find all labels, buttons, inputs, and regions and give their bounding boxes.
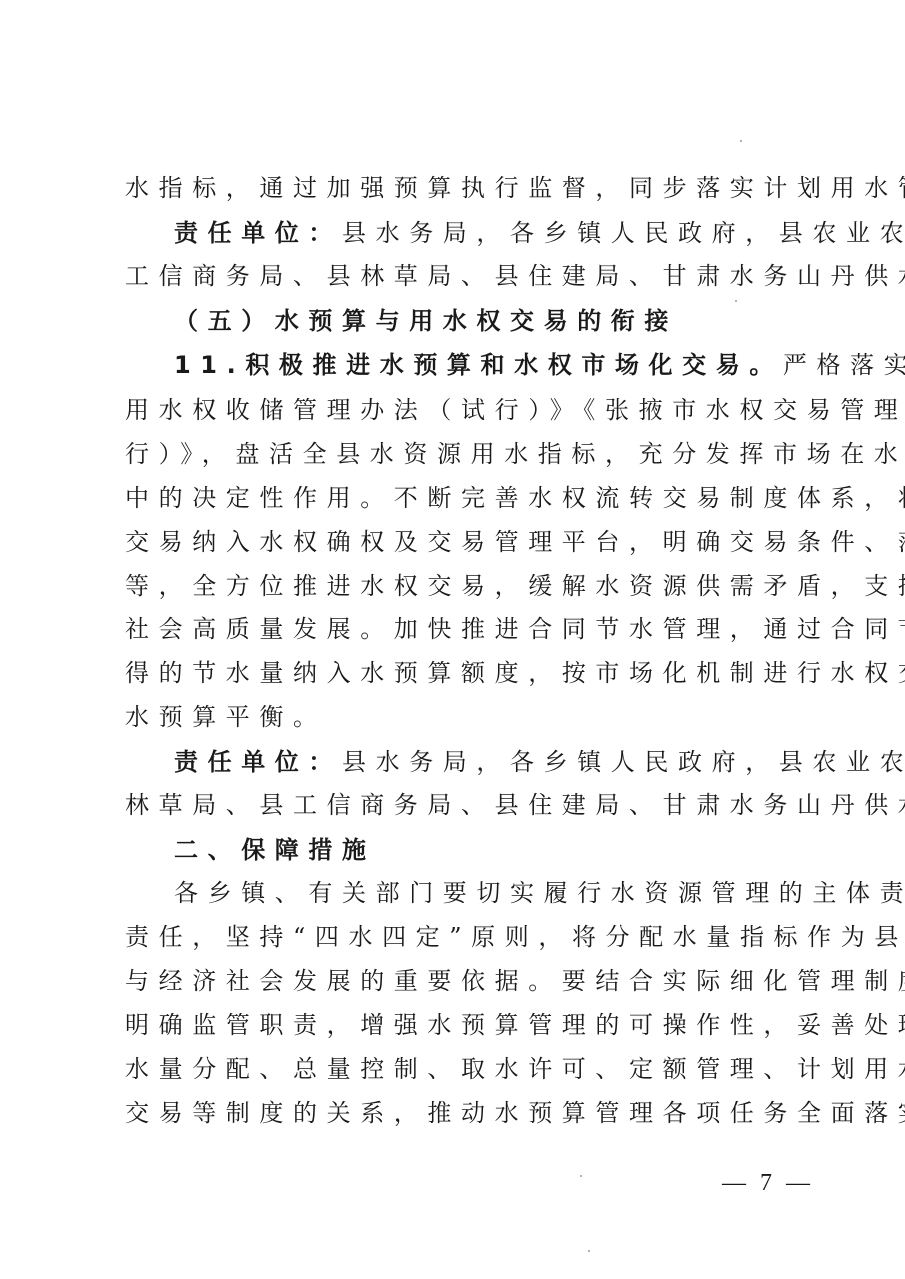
paragraph-line: 等，全方位推进水权交易，缓解水资源供需矛盾，支撑全县经济	[125, 571, 803, 601]
line-text: 林草局、县工信商务局、县住建局、甘肃水务山丹供水有限公司	[125, 791, 905, 819]
line-text: 责任，坚持“四水四定”原则，将分配水量指标作为县域空间规划	[125, 923, 905, 951]
line-text: 各乡镇、有关部门要切实履行水资源管理的主体责任和监管	[174, 879, 905, 907]
section-heading: （五）水预算与用水权交易的衔接	[174, 306, 803, 336]
line-text: 中的决定性作用。不断完善水权流转交易制度体系，将水权流转	[125, 484, 905, 512]
line-text: 交易纳入水权确权及交易管理平台，明确交易条件、范围和方式	[125, 528, 905, 556]
paragraph-line: 得的节水量纳入水预算额度，按市场化机制进行水权交易，实现	[125, 658, 803, 688]
item-line: 11.积极推进水预算和水权市场化交易。严格落实《甘肃省	[174, 350, 803, 380]
paragraph-line: 行）》，盘活全县水资源用水指标，充分发挥市场在水资源配置	[125, 439, 803, 469]
scan-speck	[740, 140, 742, 142]
paragraph-line: 社会高质量发展。加快推进合同节水管理，通过合同节水管理取	[125, 614, 803, 644]
paragraph-line: 水量分配、总量控制、取水许可、定额管理、计划用水、用水权	[125, 1054, 803, 1084]
paragraph-line: 工信商务局、县林草局、县住建局、甘肃水务山丹供水有限公司	[125, 261, 803, 291]
line-text: 用水权收储管理办法（试行）》《张掖市水权交易管理细则（试	[125, 396, 905, 424]
line-text: 社会高质量发展。加快推进合同节水管理，通过合同节水管理取	[125, 615, 905, 643]
document-page: 水指标，通过加强预算执行监督，同步落实计划用水管理要求。 责任单位：县水务局，各…	[0, 0, 905, 1279]
line-text: 得的节水量纳入水预算额度，按市场化机制进行水权交易，实现	[125, 659, 905, 687]
line-text: 水指标，通过加强预算执行监督，同步落实计划用水管理要求。	[125, 174, 905, 202]
paragraph-line: 与经济社会发展的重要依据。要结合实际细化管理制度与措施，	[125, 966, 803, 996]
paragraph-line: 用水权收储管理办法（试行）》《张掖市水权交易管理细则（试	[125, 395, 803, 425]
line-text: 行）》，盘活全县水资源用水指标，充分发挥市场在水资源配置	[125, 440, 905, 468]
line-text: 水预算平衡。	[125, 703, 327, 731]
heading-text: （五）水预算与用水权交易的衔接	[174, 307, 678, 335]
page-number: — 7 —	[722, 1168, 814, 1198]
line-text: 县水务局，各乡镇人民政府，县农业农村局、县	[342, 219, 905, 247]
line-text: 县水务局，各乡镇人民政府，县农业农村局、县	[342, 748, 905, 776]
section-heading: 二、保障措施	[174, 835, 803, 865]
responsibility-label: 责任单位：	[174, 748, 342, 776]
paragraph-line: 交易等制度的关系，推动水预算管理各项任务全面落实。县政府	[125, 1098, 803, 1128]
paragraph-line: 交易纳入水权确权及交易管理平台，明确交易条件、范围和方式	[125, 527, 803, 557]
responsibility-line: 责任单位：县水务局，各乡镇人民政府，县农业农村局、县	[174, 747, 803, 777]
line-text: 与经济社会发展的重要依据。要结合实际细化管理制度与措施，	[125, 967, 905, 995]
item-title: 11.积极推进水预算和水权市场化交易。	[174, 351, 783, 379]
scan-speck	[735, 300, 737, 302]
responsibility-label: 责任单位：	[174, 219, 342, 247]
line-text: 严格落实《甘肃省	[783, 351, 905, 379]
heading-text: 二、保障措施	[174, 836, 376, 864]
paragraph-line: 明确监管职责，增强水预算管理的可操作性，妥善处理其与现行	[125, 1010, 803, 1040]
paragraph-line: 中的决定性作用。不断完善水权流转交易制度体系，将水权流转	[125, 483, 803, 513]
paragraph-line: 林草局、县工信商务局、县住建局、甘肃水务山丹供水有限公司	[125, 790, 803, 820]
scan-speck	[580, 1175, 582, 1177]
line-text: 水量分配、总量控制、取水许可、定额管理、计划用水、用水权	[125, 1055, 905, 1083]
line-text: 明确监管职责，增强水预算管理的可操作性，妥善处理其与现行	[125, 1011, 905, 1039]
line-text: 交易等制度的关系，推动水预算管理各项任务全面落实。县政府	[125, 1099, 905, 1127]
line-text: 等，全方位推进水权交易，缓解水资源供需矛盾，支撑全县经济	[125, 572, 905, 600]
scan-speck	[588, 1250, 590, 1252]
paragraph-line: 水预算平衡。	[125, 702, 803, 732]
paragraph-line: 水指标，通过加强预算执行监督，同步落实计划用水管理要求。	[125, 173, 803, 203]
line-text: 工信商务局、县林草局、县住建局、甘肃水务山丹供水有限公司	[125, 262, 905, 290]
paragraph-line: 责任，坚持“四水四定”原则，将分配水量指标作为县域空间规划	[125, 922, 803, 952]
paragraph-line: 各乡镇、有关部门要切实履行水资源管理的主体责任和监管	[174, 878, 803, 908]
responsibility-line: 责任单位：县水务局，各乡镇人民政府，县农业农村局、县	[174, 218, 803, 248]
